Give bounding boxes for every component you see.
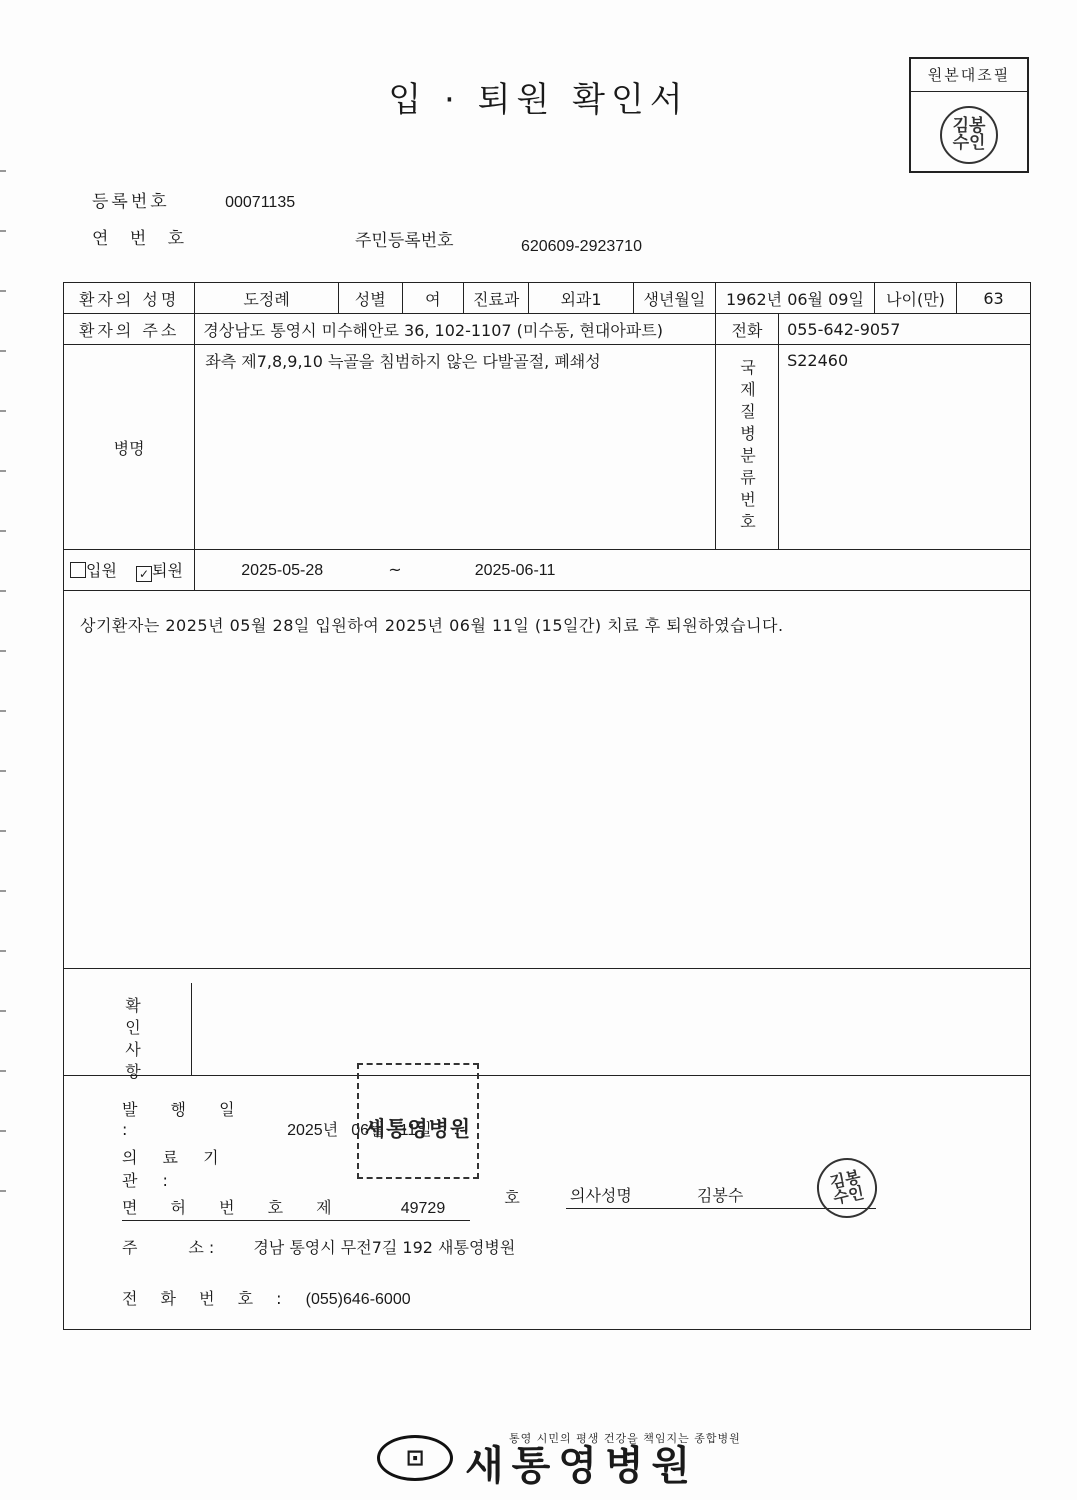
diagnosis-label: 병명	[64, 345, 195, 550]
rrn-row: 주민등록번호 620609-2923710	[355, 226, 642, 251]
discharge-label: 퇴원	[152, 561, 183, 580]
icd-label: 국제질병분류번호	[715, 345, 778, 550]
hospital-emblem-icon: ⊡	[377, 1435, 453, 1481]
dept-value: 외과1	[529, 283, 634, 314]
discharge-checkbox[interactable]: ✓	[136, 566, 152, 582]
license-underline	[122, 1220, 470, 1221]
diagnosis-text: 좌측 제7,8,9,10 늑골을 침범하지 않은 다발골절, 폐쇄성	[195, 345, 716, 550]
license-no: 49729	[401, 1200, 446, 1217]
original-check-label: 원본대조필	[911, 59, 1027, 92]
scan-edge-marks	[0, 140, 6, 1240]
stay-to: 2025-06-11	[475, 562, 556, 579]
admit-label: 입원	[86, 561, 117, 580]
address-value: 경상남도 통영시 미수해안로 36, 102-1107 (미수동, 현대아파트)	[195, 314, 716, 345]
stay-from: 2025-05-28	[241, 562, 323, 579]
reg-no-value: 00071135	[225, 194, 295, 211]
hospital-phone: (055)646-6000	[306, 1291, 411, 1308]
license-label: 면 허 번 호 제	[122, 1198, 346, 1217]
stay-type-cell: 입원 ✓퇴원	[64, 550, 195, 591]
issue-date-label: 발 행 일 :	[122, 1097, 262, 1139]
issue-year: 2025년	[287, 1122, 338, 1139]
institution-stamp-name: 새통영병원	[365, 1113, 471, 1143]
hospital-address: 경남 통영시 무전7길 192 새통영병원	[253, 1238, 515, 1257]
patient-row-1: 환자의 성명 도정례 성별 여 진료과 외과1 생년월일 1962년 06월 0…	[64, 283, 1031, 314]
institution-row: 의 료 기 관 :	[122, 1145, 262, 1191]
confirmation-label: 확인사항	[118, 995, 148, 1083]
doctor-seal-icon: 김봉수인	[811, 1152, 882, 1223]
divider	[63, 968, 1031, 969]
name-value: 도정례	[195, 283, 339, 314]
original-check-box: 원본대조필 김봉수인	[909, 57, 1029, 173]
phone-value: 055-642-9057	[779, 314, 1031, 345]
name-label: 환자의 성명	[64, 283, 195, 314]
patient-row-2: 환자의 주소 경상남도 통영시 미수해안로 36, 102-1107 (미수동,…	[64, 314, 1031, 345]
doctor-row: 의사성명 김봉수	[570, 1183, 743, 1206]
rrn-value: 620609-2923710	[521, 238, 642, 255]
admit-checkbox[interactable]	[70, 562, 86, 578]
doctor-name: 김봉수	[697, 1186, 743, 1205]
doctor-label: 의사성명	[570, 1186, 632, 1205]
reg-no-label: 등록번호	[92, 187, 170, 212]
patient-info-table: 환자의 성명 도정례 성별 여 진료과 외과1 생년월일 1962년 06월 0…	[63, 282, 1031, 591]
sex-value: 여	[402, 283, 464, 314]
serial-row: 연 번 호	[92, 224, 192, 249]
hospital-address-row: 주 소 : 경남 통영시 무전7길 192 새통영병원	[122, 1235, 515, 1258]
license-row: 면 허 번 호 제 49729 호	[122, 1195, 520, 1218]
divider	[191, 983, 192, 1075]
dept-label: 진료과	[464, 283, 529, 314]
footer-hospital-name: 새통영병원	[465, 1446, 741, 1486]
hospital-address-label: 주 소 :	[122, 1238, 214, 1257]
hospital-footer: ⊡ 통영 시민의 평생 건강을 책임지는 종합병원 새통영병원	[377, 1430, 741, 1486]
icd-code: S22460	[779, 345, 1031, 550]
stay-period: 2025-05-28 ~ 2025-06-11	[195, 550, 1031, 591]
statement-text: 상기환자는 2025년 05월 28일 입원하여 2025년 06월 11일 (…	[80, 613, 784, 636]
institution-label: 의 료 기 관 :	[122, 1145, 262, 1191]
age-label: 나이(만)	[874, 283, 956, 314]
dob-label: 생년월일	[633, 283, 715, 314]
diagnosis-row: 병명 좌측 제7,8,9,10 늑골을 침범하지 않은 다발골절, 폐쇄성 국제…	[64, 345, 1031, 550]
seal-stamp-icon: 김봉수인	[940, 106, 998, 164]
sex-label: 성별	[338, 283, 402, 314]
reg-no-row: 등록번호 00071135	[92, 187, 295, 212]
serial-label: 연 번 호	[92, 224, 192, 249]
stay-row: 입원 ✓퇴원 2025-05-28 ~ 2025-06-11	[64, 550, 1031, 591]
stay-separator: ~	[388, 560, 401, 579]
rrn-label: 주민등록번호	[355, 231, 454, 251]
institution-stamp: 새통영병원	[357, 1063, 479, 1179]
divider	[63, 1075, 1031, 1076]
dob-value: 1962년 06월 09일	[715, 283, 874, 314]
phone-label: 전화	[715, 314, 778, 345]
hospital-phone-label: 전 화 번 호 :	[122, 1289, 291, 1308]
footer-text: 통영 시민의 평생 건강을 책임지는 종합병원 새통영병원	[465, 1430, 741, 1486]
age-value: 63	[957, 283, 1031, 314]
hospital-phone-row: 전 화 번 호 : (055)646-6000	[122, 1286, 411, 1309]
address-label: 환자의 주소	[64, 314, 195, 345]
license-suffix: 호	[504, 1188, 519, 1207]
